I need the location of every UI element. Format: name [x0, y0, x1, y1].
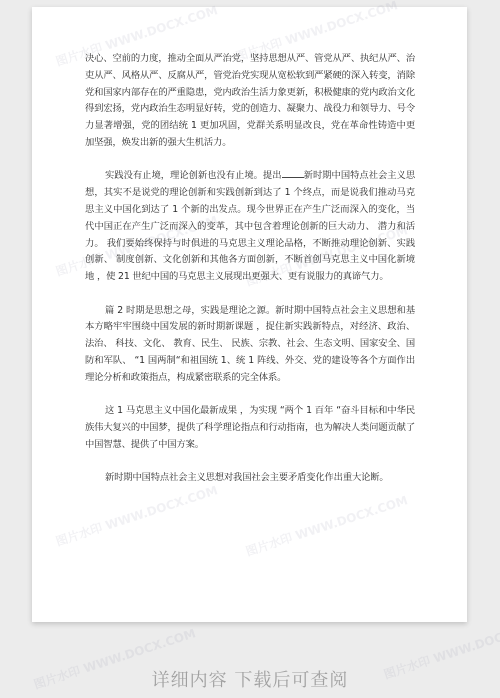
paragraph-3: 篇 2 时期是思想之母，实践是理论之源。新时期中国特点社会主义思想和基本方略牢牢… — [85, 303, 415, 387]
paragraph-2-rest: 新时期中国特点社会主义思想，其实不是说党的理论创新和实践创新到达了 1 个终点，… — [85, 170, 415, 282]
download-prompt: 详细内容 下载后可查阅 — [0, 666, 500, 692]
paragraph-5: 新时期中国特点社会主义思想对我国社会主要矛盾变化作出重大论断。 — [85, 470, 415, 487]
paragraph-2: 实践没有止境，理论创新也没有止境。提出新时期中国特点社会主义思想，其实不是说党的… — [85, 168, 415, 286]
paragraph-2-start: 实践没有止境，理论创新也没有止境。提出 — [105, 170, 282, 181]
fill-in-blank — [282, 168, 304, 178]
paragraph-4: 这 1 马克思主义中国化最新成果 ，为实现 “两个 1 百年 “奋斗目标和中华民… — [85, 403, 415, 453]
document-body: 决心、空前的力度，推动全面从严治党，坚持思想从严、管党从严、执纪从严、治吏从严、… — [85, 51, 415, 504]
document-page: 图片水印 WWW.DOCX.COM 图片水印 WWW.DOCX.COM 图片水印… — [32, 7, 467, 622]
paragraph-1: 决心、空前的力度，推动全面从严治党，坚持思想从严、管党从严、执纪从严、治吏从严、… — [85, 51, 415, 152]
